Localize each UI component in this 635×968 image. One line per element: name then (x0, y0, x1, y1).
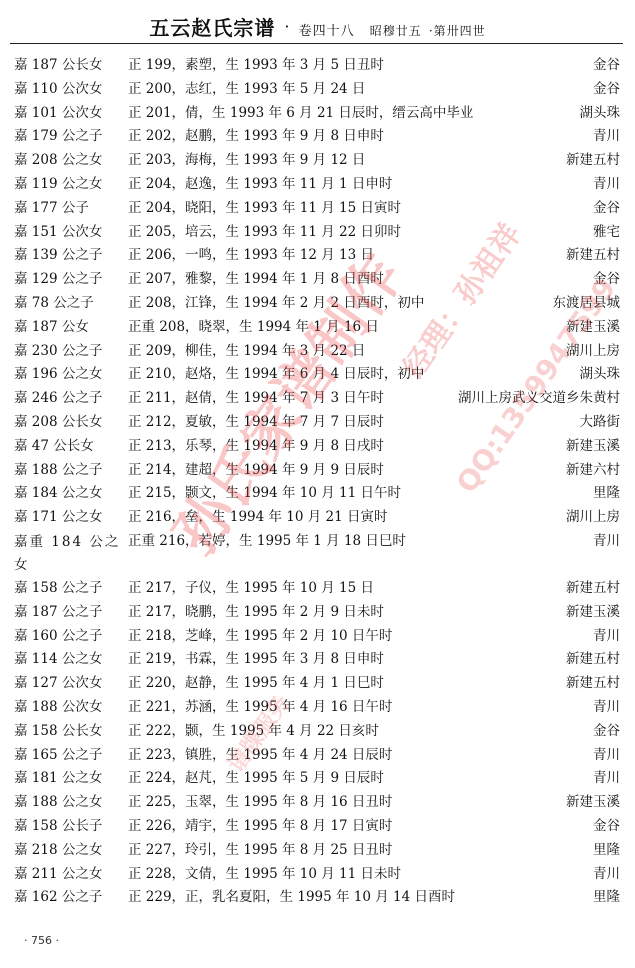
parent-ref: 嘉 181 公之女 (14, 768, 124, 788)
residence: 新建玉溪 (566, 436, 620, 456)
genealogy-title: 五云赵氏宗谱 (149, 16, 275, 40)
parent-ref: 嘉 160 公之子 (14, 626, 124, 646)
residence: 金谷 (593, 79, 620, 99)
parent-ref: 嘉 119 公之女 (14, 174, 124, 194)
residence: 青川 (593, 697, 620, 717)
entry-detail: 正 217，晓鹏，生 1995 年 2 月 9 日未时 (128, 602, 384, 622)
parent-ref: 嘉 158 公长女 (14, 721, 124, 741)
residence: 里隆 (593, 840, 620, 860)
header-rule (10, 43, 623, 44)
entry-row: 嘉 129 公之子正 207，雅黎，生 1994 年 1 月 8 日酉时金谷 (0, 269, 635, 293)
entry-row: 嘉 165 公之子正 223，镇胜，生 1995 年 4 月 24 日辰时青川 (0, 745, 635, 769)
entry-row: 嘉 181 公之女正 224，赵芃，生 1995 年 5 月 9 日辰时青川 (0, 768, 635, 792)
parent-ref: 嘉 187 公女 (14, 317, 124, 337)
page-number: · 756 · (24, 934, 59, 947)
residence: 新建五村 (566, 673, 620, 693)
residence: 雅宅 (593, 222, 620, 242)
parent-ref: 嘉 101 公次女 (14, 103, 124, 123)
parent-ref: 嘉 208 公之女 (14, 150, 124, 170)
entry-detail: 正 215，颢文，生 1994 年 10 月 11 日午时 (128, 483, 401, 503)
parent-ref: 嘉 171 公之女 (14, 507, 124, 527)
parent-ref: 嘉 110 公次女 (14, 79, 124, 99)
entry-row: 嘉 158 公长女正 222，颢，生 1995 年 4 月 22 日亥时金谷 (0, 721, 635, 745)
entry-detail: 正 205，培云，生 1993 年 11 月 22 日卯时 (128, 222, 401, 242)
entry-row: 嘉 184 公之女正 215，颢文，生 1994 年 10 月 11 日午时里隆 (0, 483, 635, 507)
entry-row: 嘉 179 公之子正 202，赵鹏，生 1993 年 9 月 8 日申时青川 (0, 126, 635, 150)
entry-detail: 正 227，玲引，生 1995 年 8 月 25 日丑时 (128, 840, 392, 860)
parent-ref: 嘉 151 公次女 (14, 222, 124, 242)
parent-ref: 嘉 188 公次女 (14, 697, 124, 717)
entry-detail: 正 210，赵烙，生 1994 年 6 月 4 日辰时，初中 (128, 364, 424, 384)
residence: 湖川上房 (566, 341, 620, 361)
entry-detail: 正 204，赵逸，生 1993 年 11 月 1 日申时 (128, 174, 392, 194)
parent-ref: 嘉 211 公之女 (14, 864, 124, 884)
entry-detail: 正 221，苏涵，生 1995 年 4 月 16 日午时 (128, 697, 392, 717)
parent-ref: 嘉 139 公之子 (14, 245, 124, 265)
parent-ref: 嘉 114 公之女 (14, 649, 124, 669)
entry-row: 嘉 208 公长女正 212，夏敏，生 1994 年 7 月 7 日辰时大路街 (0, 412, 635, 436)
entry-row: 嘉 158 公之子正 217，子仪，生 1995 年 10 月 15 日新建五村 (0, 578, 635, 602)
residence: 金谷 (593, 816, 620, 836)
entry-detail: 正 206，一鸣，生 1993 年 12 月 13 日 (128, 245, 374, 265)
entry-row: 嘉重 184 公之女正重 216，若婷，生 1995 年 1 月 18 日巳时青… (0, 531, 635, 578)
entry-detail: 正 218，芝峰，生 1995 年 2 月 10 日午时 (128, 626, 392, 646)
entry-detail: 正 223，镇胜，生 1995 年 4 月 24 日辰时 (128, 745, 392, 765)
entry-detail: 正 217，子仪，生 1995 年 10 月 15 日 (128, 578, 374, 598)
entry-row: 嘉 127 公次女正 220，赵静，生 1995 年 4 月 1 日巳时新建五村 (0, 673, 635, 697)
entry-detail: 正 224，赵芃，生 1995 年 5 月 9 日辰时 (128, 768, 384, 788)
entry-row: 嘉 160 公之子正 218，芝峰，生 1995 年 2 月 10 日午时青川 (0, 626, 635, 650)
parent-ref: 嘉 246 公之子 (14, 388, 124, 408)
parent-ref: 嘉 196 公之女 (14, 364, 124, 384)
residence: 金谷 (593, 269, 620, 289)
entry-row: 嘉 139 公之子正 206，一鸣，生 1993 年 12 月 13 日新建五村 (0, 245, 635, 269)
entry-detail: 正 222，颢，生 1995 年 4 月 22 日亥时 (128, 721, 379, 741)
residence: 新建五村 (566, 150, 620, 170)
entry-row: 嘉 47 公长女正 213，乐琴，生 1994 年 9 月 8 日戌时新建玉溪 (0, 436, 635, 460)
entry-detail: 正 207，雅黎，生 1994 年 1 月 8 日酉时 (128, 269, 384, 289)
residence: 东渡居县城 (553, 293, 621, 313)
parent-ref: 嘉 47 公长女 (14, 436, 124, 456)
parent-ref: 嘉 184 公之女 (14, 483, 124, 503)
residence: 青川 (593, 626, 620, 646)
entry-detail: 正 202，赵鹏，生 1993 年 9 月 8 日申时 (128, 126, 384, 146)
entry-detail: 正 219，书霖，生 1995 年 3 月 8 日申时 (128, 649, 384, 669)
parent-ref: 嘉 177 公子 (14, 198, 124, 218)
entry-detail: 正 212，夏敏，生 1994 年 7 月 7 日辰时 (128, 412, 384, 432)
parent-ref: 嘉 187 公之子 (14, 602, 124, 622)
residence: 青川 (593, 174, 620, 194)
parent-ref: 嘉 129 公之子 (14, 269, 124, 289)
entry-row: 嘉 188 公之女正 225，玉翠，生 1995 年 8 月 16 日丑时新建玉… (0, 792, 635, 816)
residence: 大路街 (580, 412, 621, 432)
parent-ref: 嘉 218 公之女 (14, 840, 124, 860)
entry-detail: 正 203，海梅，生 1993 年 9 月 12 日 (128, 150, 365, 170)
entry-row: 嘉 218 公之女正 227，玲引，生 1995 年 8 月 25 日丑时里隆 (0, 840, 635, 864)
parent-ref: 嘉 158 公长子 (14, 816, 124, 836)
entry-detail: 正 220，赵静，生 1995 年 4 月 1 日巳时 (128, 673, 384, 693)
branch-label: 昭穆廿五 (370, 24, 422, 38)
parent-ref: 嘉 165 公之子 (14, 745, 124, 765)
residence: 新建五村 (566, 578, 620, 598)
header-separator: · (284, 17, 289, 36)
entry-detail: 正 228，文倩，生 1995 年 10 月 11 日未时 (128, 864, 401, 884)
entry-detail: 正 229，正，乳名夏阳，生 1995 年 10 月 14 日酉时 (128, 887, 455, 907)
entry-detail: 正 213，乐琴，生 1994 年 9 月 8 日戌时 (128, 436, 384, 456)
residence: 新建玉溪 (566, 792, 620, 812)
volume-label: 卷四十八 (299, 24, 355, 39)
entry-detail: 正重 216，若婷，生 1995 年 1 月 18 日巳时 (128, 531, 406, 551)
residence: 新建六村 (566, 460, 620, 480)
entry-row: 嘉 110 公次女正 200，志红，生 1993 年 5 月 24 日金谷 (0, 79, 635, 103)
entry-detail: 正 200，志红，生 1993 年 5 月 24 日 (128, 79, 365, 99)
entry-detail: 正重 208，晓翠，生 1994 年 1 月 16 日 (128, 317, 379, 337)
entry-row: 嘉 196 公之女正 210，赵烙，生 1994 年 6 月 4 日辰时，初中湖… (0, 364, 635, 388)
entry-row: 嘉 208 公之女正 203，海梅，生 1993 年 9 月 12 日新建五村 (0, 150, 635, 174)
entry-detail: 正 199，素塑，生 1993 年 3 月 5 日丑时 (128, 55, 384, 75)
entry-detail: 正 226，靖宇，生 1995 年 8 月 17 日寅时 (128, 816, 392, 836)
entry-row: 嘉 119 公之女正 204，赵逸，生 1993 年 11 月 1 日申时青川 (0, 174, 635, 198)
parent-ref: 嘉重 184 公之女 (14, 531, 122, 577)
parent-ref: 嘉 188 公之女 (14, 792, 124, 812)
entry-row: 嘉 187 公之子正 217，晓鹏，生 1995 年 2 月 9 日未时新建玉溪 (0, 602, 635, 626)
residence: 里隆 (593, 887, 620, 907)
residence: 湖川上房武义交道乡朱黄村 (458, 388, 620, 408)
residence: 金谷 (593, 55, 620, 75)
generation-label: ·第卅四世 (429, 24, 486, 38)
entry-row: 嘉 158 公长子正 226，靖宇，生 1995 年 8 月 17 日寅时金谷 (0, 816, 635, 840)
residence: 青川 (593, 864, 620, 884)
entry-row: 嘉 230 公之子正 209，柳佳，生 1994 年 3 月 22 日湖川上房 (0, 341, 635, 365)
entry-row: 嘉 188 公次女正 221，苏涵，生 1995 年 4 月 16 日午时青川 (0, 697, 635, 721)
entry-row: 嘉 162 公之子正 229，正，乳名夏阳，生 1995 年 10 月 14 日… (0, 887, 635, 911)
entry-row: 嘉 151 公次女正 205，培云，生 1993 年 11 月 22 日卯时雅宅 (0, 222, 635, 246)
residence: 青川 (593, 531, 620, 551)
entry-row: 嘉 101 公次女正 201，倩，生 1993 年 6 月 21 日辰时，缙云高… (0, 103, 635, 127)
entry-row: 嘉 177 公子正 204，晓阳，生 1993 年 11 月 15 日寅时金谷 (0, 198, 635, 222)
entry-row: 嘉 246 公之子正 211，赵倩，生 1994 年 7 月 3 日午时湖川上房… (0, 388, 635, 412)
entry-detail: 正 204，晓阳，生 1993 年 11 月 15 日寅时 (128, 198, 401, 218)
residence: 湖头珠 (580, 103, 621, 123)
residence: 湖头珠 (580, 364, 621, 384)
entry-row: 嘉 187 公长女正 199，素塑，生 1993 年 3 月 5 日丑时金谷 (0, 55, 635, 79)
entry-detail: 正 214，建超，生 1994 年 9 月 9 日辰时 (128, 460, 384, 480)
entry-detail: 正 208，江锋，生 1994 年 2 月 2 日酉时，初中 (128, 293, 424, 313)
residence: 青川 (593, 768, 620, 788)
entry-detail: 正 209，柳佳，生 1994 年 3 月 22 日 (128, 341, 365, 361)
parent-ref: 嘉 158 公之子 (14, 578, 124, 598)
genealogy-entries: 嘉 187 公长女正 199，素塑，生 1993 年 3 月 5 日丑时金谷嘉 … (0, 55, 635, 911)
residence: 新建五村 (566, 649, 620, 669)
entry-row: 嘉 171 公之女正 216，垒，生 1994 年 10 月 21 日寅时湖川上… (0, 507, 635, 531)
residence: 新建五村 (566, 245, 620, 265)
residence: 青川 (593, 126, 620, 146)
parent-ref: 嘉 187 公长女 (14, 55, 124, 75)
entry-detail: 正 201，倩，生 1993 年 6 月 21 日辰时，缙云高中毕业 (128, 103, 473, 123)
parent-ref: 嘉 230 公之子 (14, 341, 124, 361)
parent-ref: 嘉 179 公之子 (14, 126, 124, 146)
residence: 里隆 (593, 483, 620, 503)
entry-row: 嘉 211 公之女正 228，文倩，生 1995 年 10 月 11 日未时青川 (0, 864, 635, 888)
residence: 新建玉溪 (566, 602, 620, 622)
entry-row: 嘉 78 公之子正 208，江锋，生 1994 年 2 月 2 日酉时，初中东渡… (0, 293, 635, 317)
entry-row: 嘉 188 公之子正 214，建超，生 1994 年 9 月 9 日辰时新建六村 (0, 460, 635, 484)
entry-row: 嘉 187 公女正重 208，晓翠，生 1994 年 1 月 16 日新建玉溪 (0, 317, 635, 341)
entry-detail: 正 225，玉翠，生 1995 年 8 月 16 日丑时 (128, 792, 392, 812)
parent-ref: 嘉 208 公长女 (14, 412, 124, 432)
parent-ref: 嘉 78 公之子 (14, 293, 124, 313)
entry-detail: 正 211，赵倩，生 1994 年 7 月 3 日午时 (128, 388, 384, 408)
entry-row: 嘉 114 公之女正 219，书霖，生 1995 年 3 月 8 日申时新建五村 (0, 649, 635, 673)
parent-ref: 嘉 127 公次女 (14, 673, 124, 693)
residence: 湖川上房 (566, 507, 620, 527)
residence: 金谷 (593, 198, 620, 218)
residence: 金谷 (593, 721, 620, 741)
page-header: 五云赵氏宗谱 · 卷四十八 昭穆廿五 ·第卅四世 (0, 12, 635, 40)
residence: 新建玉溪 (566, 317, 620, 337)
entry-detail: 正 216，垒，生 1994 年 10 月 21 日寅时 (128, 507, 388, 527)
parent-ref: 嘉 162 公之子 (14, 887, 124, 907)
residence: 青川 (593, 745, 620, 765)
parent-ref: 嘉 188 公之子 (14, 460, 124, 480)
